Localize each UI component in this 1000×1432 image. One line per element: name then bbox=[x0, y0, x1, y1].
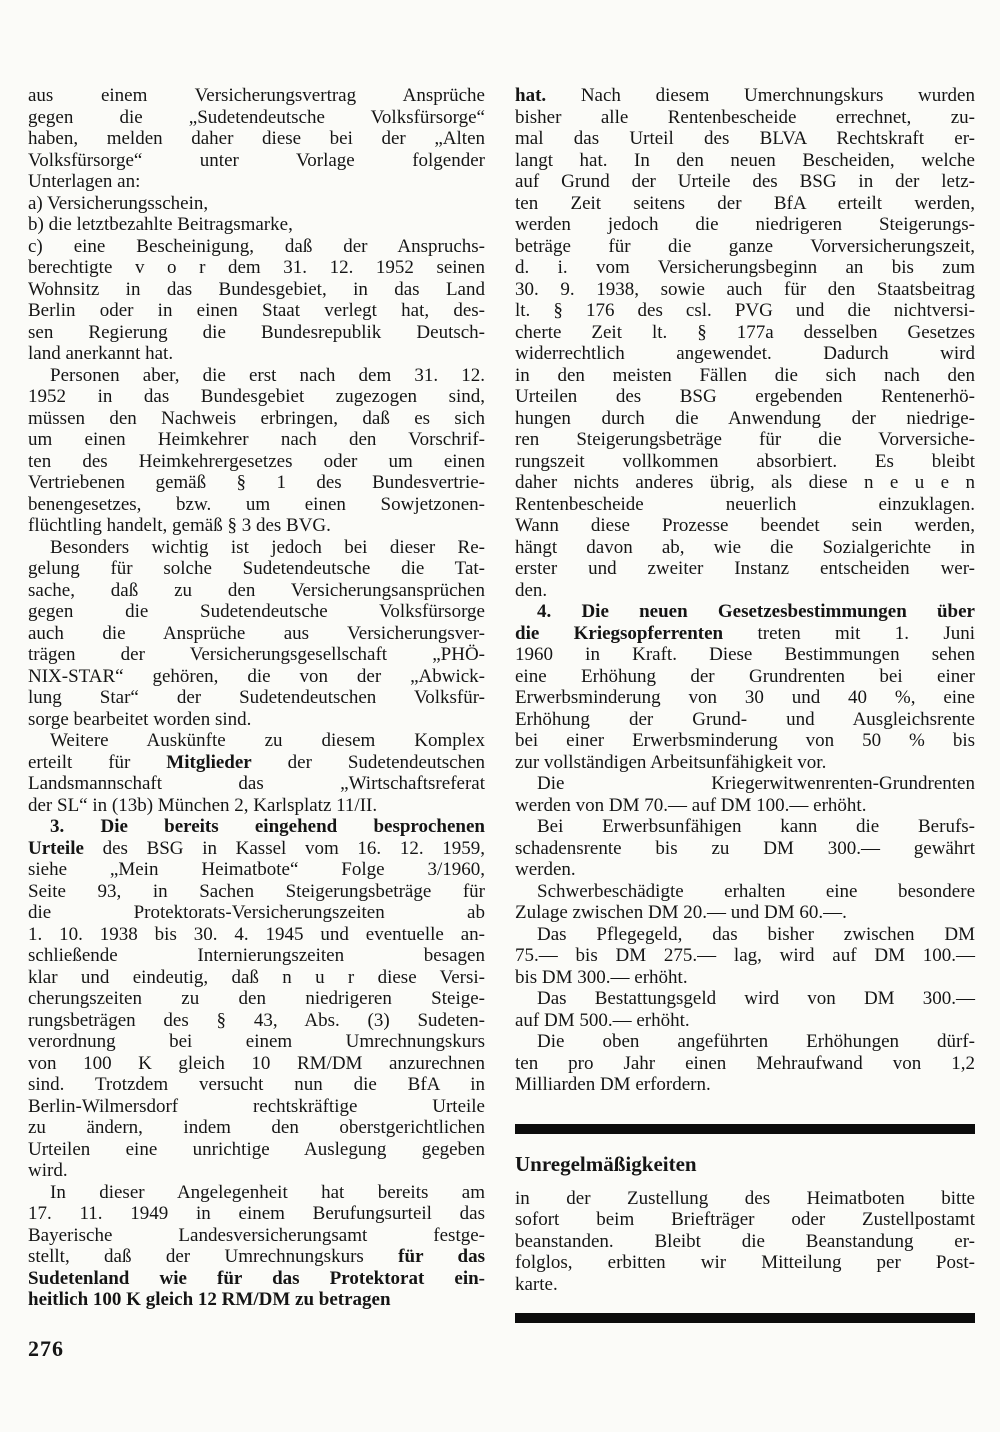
text-line: erster und zweiter Instanz entscheiden w… bbox=[515, 558, 975, 580]
text-line: bisher alle Rentenbescheide errechnet, z… bbox=[515, 107, 975, 129]
text-line: gegen die „Sudetendeutsche Volksfürsorge… bbox=[28, 107, 485, 129]
text-line: Schwerbeschädigte erhalten eine besonder… bbox=[515, 881, 975, 903]
text-line: haben, melden daher diese bei der „Alten bbox=[28, 128, 485, 150]
text-line: werden jedoch die niedrigeren Steigerung… bbox=[515, 214, 975, 236]
text-line: 75.— bis DM 275.— lag, wird auf DM 100.— bbox=[515, 945, 975, 967]
text-line: um einen Heimkehrer nach den Vorschrif- bbox=[28, 429, 485, 451]
text-line: schadensrente bis zu DM 300.— gewährt bbox=[515, 838, 975, 860]
text-line: cherungszeiten zu den niedrigeren Steige… bbox=[28, 988, 485, 1010]
text-line: verordnung bei einem Umrechnungskurs bbox=[28, 1031, 485, 1053]
text-line: Sudetenland wie für das Protektorat ein- bbox=[28, 1268, 485, 1290]
text-line: mal das Urteil des BLVA Rechtskraft er- bbox=[515, 128, 975, 150]
text-line: Weitere Auskünfte zu diesem Komplex bbox=[28, 730, 485, 752]
text-line: schließende Internierungszeiten besagen bbox=[28, 945, 485, 967]
horizontal-rule bbox=[515, 1124, 975, 1134]
text-line: 1960 in Kraft. Diese Bestimmungen sehen bbox=[515, 644, 975, 666]
text-line: Bayerische Landesversicherungsamt festge… bbox=[28, 1225, 485, 1247]
text-line: gegen die Sudetendeutsche Volksfürsorge bbox=[28, 601, 485, 623]
text-line: der SL“ in (13b) München 2, Karlsplatz 1… bbox=[28, 795, 485, 817]
text-line: zur vollständigen Arbeitsunfähigkeit vor… bbox=[515, 752, 975, 774]
page-number: 276 bbox=[28, 1336, 64, 1362]
text-line: sorge bearbeitet worden sind. bbox=[28, 709, 485, 731]
text-line: benengesetzes, bzw. um einen Sowjetzonen… bbox=[28, 494, 485, 516]
text-line: cherte Zeit lt. § 177a desselben Gesetze… bbox=[515, 322, 975, 344]
text-line: hängt davon ab, wie die Sozialgerichte i… bbox=[515, 537, 975, 559]
text-line: trägen der Versicherungsgesellschaft „PH… bbox=[28, 644, 485, 666]
text-line: Personen aber, die erst nach dem 31. 12. bbox=[28, 365, 485, 387]
text-line: Berlin oder in einen Staat verlegt hat, … bbox=[28, 300, 485, 322]
text-line: lt. § 176 des csl. PVG und die nichtvers… bbox=[515, 300, 975, 322]
section-heading: Unregelmäßigkeiten bbox=[515, 1151, 975, 1177]
text-line: ten Zeit seitens der BfA erteilt werden, bbox=[515, 193, 975, 215]
text-line: d. i. vom Versicherungsbeginn an bis zum bbox=[515, 257, 975, 279]
text-line: siehe „Mein Heimatbote“ Folge 3/1960, bbox=[28, 859, 485, 881]
text-line: Seite 93, in Sachen Steigerungsbeträge f… bbox=[28, 881, 485, 903]
text-line: 17. 11. 1949 in einem Berufungsurteil da… bbox=[28, 1203, 485, 1225]
text-line: NIX-STAR“ gehören, die von der „Abwick- bbox=[28, 666, 485, 688]
text-line: rungsbeträgen des § 43, Abs. (3) Sudeten… bbox=[28, 1010, 485, 1032]
text-line: Die oben angeführten Erhöhungen dürf- bbox=[515, 1031, 975, 1053]
text-line: Rentenbescheide neuerlich einzuklagen. bbox=[515, 494, 975, 516]
text-line: ten pro Jahr einen Mehraufwand von 1,2 bbox=[515, 1053, 975, 1075]
text-line: folglos, erbitten wir Mitteilung per Pos… bbox=[515, 1252, 975, 1274]
text-line: widerrechtlich angewendet. Dadurch wird bbox=[515, 343, 975, 365]
text-columns: aus einem Versicherungsvertrag Ansprüche… bbox=[28, 85, 975, 1323]
text-line: gelung für solche Sudetendeutsche die Ta… bbox=[28, 558, 485, 580]
text-line: Unterlagen an: bbox=[28, 171, 485, 193]
text-line: aus einem Versicherungsvertrag Ansprüche bbox=[28, 85, 485, 107]
text-line: zu ändern, indem den oberstgerichtlichen bbox=[28, 1117, 485, 1139]
text-line: lung Star“ der Sudetendeutschen Volksfür… bbox=[28, 687, 485, 709]
text-line: 1952 in das Bundesgebiet zugezogen sind, bbox=[28, 386, 485, 408]
text-line: c) eine Bescheinigung, daß der Anspruchs… bbox=[28, 236, 485, 258]
text-line: Erhöhung der Grund- und Ausgleichsrente bbox=[515, 709, 975, 731]
text-line: In dieser Angelegenheit hat bereits am bbox=[28, 1182, 485, 1204]
text-line: Besonders wichtig ist jedoch bei dieser … bbox=[28, 537, 485, 559]
text-line: in den meisten Fällen die sich nach den bbox=[515, 365, 975, 387]
text-line: von 100 K gleich 10 RM/DM anzurechnen bbox=[28, 1053, 485, 1075]
text-line: berechtigte v o r dem 31. 12. 1952 seine… bbox=[28, 257, 485, 279]
text-line: ten des Heimkehrergesetzes oder um einen bbox=[28, 451, 485, 473]
text-line: sache, daß zu den Versicherungsansprüche… bbox=[28, 580, 485, 602]
text-line: eine Erhöhung der Grundrenten bei einer bbox=[515, 666, 975, 688]
text-line: klar und eindeutig, daß n u r diese Vers… bbox=[28, 967, 485, 989]
text-line: Wann diese Prozesse beendet sein werden, bbox=[515, 515, 975, 537]
text-line: Wohnsitz in das Bundesgebiet, in das Lan… bbox=[28, 279, 485, 301]
text-line: Das Pflegegeld, das bisher zwischen DM bbox=[515, 924, 975, 946]
text-line: in der Zustellung des Heimatboten bitte bbox=[515, 1188, 975, 1210]
text-line: b) die letztbezahlte Beitragsmarke, bbox=[28, 214, 485, 236]
text-line: auch die Ansprüche aus Versicherungsver- bbox=[28, 623, 485, 645]
text-line: Vertriebenen gemäß § 1 des Bundesvertrie… bbox=[28, 472, 485, 494]
text-line: Berlin-Wilmersdorf rechtskräftige Urteil… bbox=[28, 1096, 485, 1118]
text-line: Urteilen des BSG ergebenden Rentenerhö- bbox=[515, 386, 975, 408]
text-line: stellt, daß der Umrechnungskurs für das bbox=[28, 1246, 485, 1268]
text-line: Das Bestattungsgeld wird von DM 300.— bbox=[515, 988, 975, 1010]
text-line: a) Versicherungsschein, bbox=[28, 193, 485, 215]
left-column: aus einem Versicherungsvertrag Ansprüche… bbox=[28, 85, 485, 1323]
text-line: bis DM 300.— erhöht. bbox=[515, 967, 975, 989]
text-line: hungen durch die Anwendung der niedrige- bbox=[515, 408, 975, 430]
text-line: 1. 10. 1938 bis 30. 4. 1945 und eventuel… bbox=[28, 924, 485, 946]
text-line: die Protektorats-Versicherungszeiten ab bbox=[28, 902, 485, 924]
text-line: karte. bbox=[515, 1274, 975, 1296]
text-line: Zulage zwischen DM 20.— und DM 60.—. bbox=[515, 902, 975, 924]
text-line: bei einer Erwerbsminderung von 50 % bis bbox=[515, 730, 975, 752]
text-line: langt hat. In den neuen Bescheiden, welc… bbox=[515, 150, 975, 172]
text-line: Landsmannschaft das „Wirtschaftsreferat bbox=[28, 773, 485, 795]
text-line: beträge für die ganze Vorversicherungsze… bbox=[515, 236, 975, 258]
right-column: hat. Nach diesem Umerchnungskurs wurdenb… bbox=[515, 85, 975, 1323]
text-line: werden von DM 70.— auf DM 100.— erhöht. bbox=[515, 795, 975, 817]
text-line: Die Kriegerwitwenrenten-Grundrenten bbox=[515, 773, 975, 795]
text-line: auf Grund der Urteile des BSG in der let… bbox=[515, 171, 975, 193]
text-line: erteilt für Mitglieder der Sudetendeutsc… bbox=[28, 752, 485, 774]
text-line: hat. Nach diesem Umerchnungskurs wurden bbox=[515, 85, 975, 107]
text-line: land anerkannt hat. bbox=[28, 343, 485, 365]
text-line: Urteilen eine unrichtige Auslegung gegeb… bbox=[28, 1139, 485, 1161]
text-line: 4. Die neuen Gesetzesbestimmungen über bbox=[515, 601, 975, 623]
text-line: 3. Die bereits eingehend besprochenen bbox=[28, 816, 485, 838]
text-line: ren Steigerungsbeträge für die Vorversic… bbox=[515, 429, 975, 451]
text-line: daher nichts anderes übrig, als diese n … bbox=[515, 472, 975, 494]
text-line: heitlich 100 K gleich 12 RM/DM zu betrag… bbox=[28, 1289, 485, 1311]
text-line: den. bbox=[515, 580, 975, 602]
text-line: rungszeit vollkommen absorbiert. Es blei… bbox=[515, 451, 975, 473]
text-line: Erwerbsminderung von 30 und 40 %, eine bbox=[515, 687, 975, 709]
text-line: 30. 9. 1938, sowie auch für den Staatsbe… bbox=[515, 279, 975, 301]
text-line: sind. Trotzdem versucht nun die BfA in bbox=[28, 1074, 485, 1096]
text-line: Volksfürsorge“ unter Vorlage folgender bbox=[28, 150, 485, 172]
text-line: auf DM 500.— erhöht. bbox=[515, 1010, 975, 1032]
text-line: sofort beim Briefträger oder Zustellpost… bbox=[515, 1209, 975, 1231]
text-line: Bei Erwerbsunfähigen kann die Berufs- bbox=[515, 816, 975, 838]
horizontal-rule bbox=[515, 1313, 975, 1323]
text-line: flüchtling handelt, gemäß § 3 des BVG. bbox=[28, 515, 485, 537]
text-line: müssen den Nachweis erbringen, daß es si… bbox=[28, 408, 485, 430]
text-line: Milliarden DM erfordern. bbox=[515, 1074, 975, 1096]
text-line: werden. bbox=[515, 859, 975, 881]
text-line: die Kriegsopferrenten treten mit 1. Juni bbox=[515, 623, 975, 645]
text-line: beanstanden. Bleibt die Beanstandung er- bbox=[515, 1231, 975, 1253]
document-page: aus einem Versicherungsvertrag Ansprüche… bbox=[0, 0, 1000, 1432]
text-line: wird. bbox=[28, 1160, 485, 1182]
text-line: sen Regierung die Bundesrepublik Deutsch… bbox=[28, 322, 485, 344]
text-line: Urteile des BSG in Kassel vom 16. 12. 19… bbox=[28, 838, 485, 860]
